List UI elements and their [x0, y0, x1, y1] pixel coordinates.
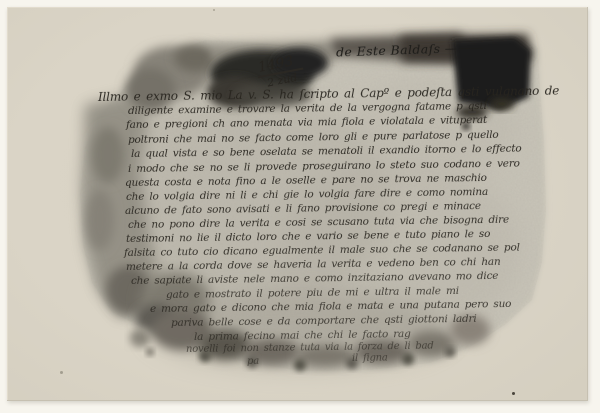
manuscript-text-line: pa [247, 356, 259, 367]
manuscript-text-line: il ſigna [352, 353, 388, 364]
manuscript-text-line: fano e pregioni ch ano menata via mia fi… [126, 114, 487, 131]
manuscript-text-line: novelli foi non stanze tuta via la forza… [186, 341, 434, 355]
manuscript-text-line: pariva belle cose e da comportare che qs… [171, 313, 477, 329]
date-block: 1493 2 zud [254, 49, 305, 91]
manuscript-text-line: Illmo e exmo S. mio La v. S. ha ſcripto … [98, 84, 559, 104]
photograph-of-manuscript: de Este Baldaſs ——— 1493 2 zud Illmo e e… [0, 0, 600, 413]
archival-annotation: de Este Baldaſs ——— [336, 39, 484, 59]
handwriting-layer: de Este Baldaſs ——— 1493 2 zud Illmo e e… [0, 0, 600, 413]
